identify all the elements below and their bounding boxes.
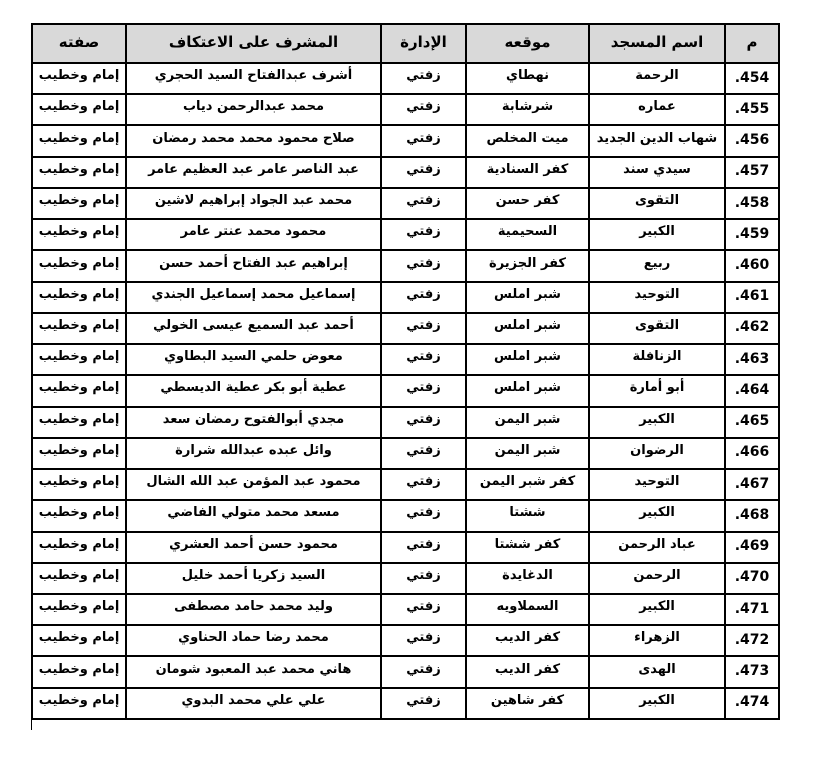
table-row: .461 التوحيد شبر املس زفتي إسماعيل محمد … xyxy=(32,282,779,313)
table-row: .455 عماره شرشابة زفتي محمد عبدالرحمن دي… xyxy=(32,94,779,125)
cell-role: إمام وخطيب xyxy=(32,532,126,563)
cell-supervisor: محمد رضا حماد الحناوي xyxy=(126,625,381,656)
table-row: .467 التوحيد كفر شبر اليمن زفتي محمود عب… xyxy=(32,469,779,500)
cell-admin: زفتي xyxy=(381,63,466,94)
cell-supervisor: عطية أبو بكر عطية الديسطي xyxy=(126,375,381,406)
cell-role: إمام وخطيب xyxy=(32,375,126,406)
cell-supervisor: أشرف عبدالفتاح السيد الحجري xyxy=(126,63,381,94)
cell-mosque-name: الكبير xyxy=(589,407,725,438)
cell-number: .465 xyxy=(725,407,779,438)
cell-location: كفر ششتا xyxy=(466,532,589,563)
cell-role: إمام وخطيب xyxy=(32,219,126,250)
cell-number: .462 xyxy=(725,313,779,344)
cell-number: .474 xyxy=(725,688,779,719)
table-row: .473 الهدى كفر الديب زفتي هاني محمد عبد … xyxy=(32,656,779,687)
cell-admin: زفتي xyxy=(381,250,466,281)
cell-number: .467 xyxy=(725,469,779,500)
cell-mosque-name: الرحمة xyxy=(589,63,725,94)
column-header-mosque: اسم المسجد xyxy=(589,24,725,63)
cell-role: إمام وخطيب xyxy=(32,125,126,156)
cell-role: إمام وخطيب xyxy=(32,594,126,625)
cell-supervisor: إبراهيم عبد الفتاح أحمد حسن xyxy=(126,250,381,281)
table-row: .460 ربيع كفر الجزيرة زفتي إبراهيم عبد ا… xyxy=(32,250,779,281)
table-row: .470 الرحمن الدغايدة زفتي السيد زكريا أح… xyxy=(32,563,779,594)
cell-location: نهطاي xyxy=(466,63,589,94)
cell-number: .455 xyxy=(725,94,779,125)
document-page: م اسم المسجد موقعه الإدارة المشرف على ال… xyxy=(0,0,839,769)
cell-mosque-name: الكبير xyxy=(589,688,725,719)
cell-role: إمام وخطيب xyxy=(32,188,126,219)
cell-number: .472 xyxy=(725,625,779,656)
column-header-admin: الإدارة xyxy=(381,24,466,63)
cell-role: إمام وخطيب xyxy=(32,688,126,719)
cell-supervisor: هاني محمد عبد المعبود شومان xyxy=(126,656,381,687)
column-header-number: م xyxy=(725,24,779,63)
cell-number: .460 xyxy=(725,250,779,281)
cell-mosque-name: التوحيد xyxy=(589,282,725,313)
cell-number: .469 xyxy=(725,532,779,563)
cell-supervisor: محمد عبدالرحمن دياب xyxy=(126,94,381,125)
cell-supervisor: محمود حسن أحمد العشري xyxy=(126,532,381,563)
cell-mosque-name: الزهراء xyxy=(589,625,725,656)
cell-supervisor: محمود عبد المؤمن عبد الله الشال xyxy=(126,469,381,500)
cell-admin: زفتي xyxy=(381,688,466,719)
cell-role: إمام وخطيب xyxy=(32,563,126,594)
cell-supervisor: وائل عبده عبدالله شرارة xyxy=(126,438,381,469)
cell-location: شبر املس xyxy=(466,375,589,406)
cell-role: إمام وخطيب xyxy=(32,625,126,656)
cell-supervisor: مجدي أبوالفتوح رمضان سعد xyxy=(126,407,381,438)
cell-location: كفر الديب xyxy=(466,656,589,687)
cell-mosque-name: سيدي سند xyxy=(589,157,725,188)
cell-role: إمام وخطيب xyxy=(32,469,126,500)
cell-admin: زفتي xyxy=(381,563,466,594)
cell-number: .471 xyxy=(725,594,779,625)
cell-admin: زفتي xyxy=(381,532,466,563)
cell-number: .459 xyxy=(725,219,779,250)
cell-supervisor: معوض حلمي السيد البطاوي xyxy=(126,344,381,375)
cell-role: إمام وخطيب xyxy=(32,500,126,531)
column-header-location: موقعه xyxy=(466,24,589,63)
cell-admin: زفتي xyxy=(381,94,466,125)
cell-supervisor: السيد زكريا أحمد خليل xyxy=(126,563,381,594)
cell-admin: زفتي xyxy=(381,625,466,656)
cell-mosque-name: شهاب الدين الجديد xyxy=(589,125,725,156)
cell-admin: زفتي xyxy=(381,656,466,687)
cell-role: إمام وخطيب xyxy=(32,157,126,188)
cell-location: ششتا xyxy=(466,500,589,531)
cell-admin: زفتي xyxy=(381,219,466,250)
cell-location: شبر اليمن xyxy=(466,438,589,469)
cell-mosque-name: الرضوان xyxy=(589,438,725,469)
table-body: .454 الرحمة نهطاي زفتي أشرف عبدالفتاح ال… xyxy=(32,63,779,719)
cell-number: .473 xyxy=(725,656,779,687)
cell-location: كفر حسن xyxy=(466,188,589,219)
table-row: .459 الكبير السحيمية زفتي محمود محمد عنت… xyxy=(32,219,779,250)
table-border-artifact xyxy=(31,718,32,730)
cell-location: كفر شاهين xyxy=(466,688,589,719)
table-row: .469 عباد الرحمن كفر ششتا زفتي محمود حسن… xyxy=(32,532,779,563)
cell-location: الدغايدة xyxy=(466,563,589,594)
cell-supervisor: إسماعيل محمد إسماعيل الجندي xyxy=(126,282,381,313)
cell-location: كفر الديب xyxy=(466,625,589,656)
cell-role: إمام وخطيب xyxy=(32,407,126,438)
cell-mosque-name: الهدى xyxy=(589,656,725,687)
cell-number: .457 xyxy=(725,157,779,188)
mosques-table: م اسم المسجد موقعه الإدارة المشرف على ال… xyxy=(31,23,780,720)
cell-role: إمام وخطيب xyxy=(32,94,126,125)
table-row: .468 الكبير ششتا زفتي مسعد محمد متولي ال… xyxy=(32,500,779,531)
cell-location: كفر الجزيرة xyxy=(466,250,589,281)
cell-admin: زفتي xyxy=(381,469,466,500)
cell-admin: زفتي xyxy=(381,125,466,156)
cell-mosque-name: التوحيد xyxy=(589,469,725,500)
cell-admin: زفتي xyxy=(381,282,466,313)
cell-role: إمام وخطيب xyxy=(32,438,126,469)
cell-role: إمام وخطيب xyxy=(32,250,126,281)
cell-number: .454 xyxy=(725,63,779,94)
cell-number: .464 xyxy=(725,375,779,406)
cell-role: إمام وخطيب xyxy=(32,344,126,375)
cell-admin: زفتي xyxy=(381,313,466,344)
cell-mosque-name: ربيع xyxy=(589,250,725,281)
cell-number: .463 xyxy=(725,344,779,375)
cell-supervisor: محمد عبد الجواد إبراهيم لاشين xyxy=(126,188,381,219)
cell-mosque-name: التقوى xyxy=(589,188,725,219)
column-header-supervisor: المشرف على الاعتكاف xyxy=(126,24,381,63)
cell-role: إمام وخطيب xyxy=(32,282,126,313)
table-row: .464 أبو أمارة شبر املس زفتي عطية أبو بك… xyxy=(32,375,779,406)
cell-mosque-name: الكبير xyxy=(589,500,725,531)
cell-location: السحيمية xyxy=(466,219,589,250)
table-row: .474 الكبير كفر شاهين زفتي علي علي محمد … xyxy=(32,688,779,719)
cell-mosque-name: أبو أمارة xyxy=(589,375,725,406)
cell-admin: زفتي xyxy=(381,500,466,531)
cell-admin: زفتي xyxy=(381,438,466,469)
cell-admin: زفتي xyxy=(381,188,466,219)
cell-supervisor: مسعد محمد متولي الفاضي xyxy=(126,500,381,531)
cell-admin: زفتي xyxy=(381,407,466,438)
column-header-role: صفته xyxy=(32,24,126,63)
table-row: .457 سيدي سند كفر السنادية زفتي عبد النا… xyxy=(32,157,779,188)
table-row: .456 شهاب الدين الجديد ميت المخلص زفتي ص… xyxy=(32,125,779,156)
cell-number: .458 xyxy=(725,188,779,219)
cell-admin: زفتي xyxy=(381,375,466,406)
cell-number: .468 xyxy=(725,500,779,531)
table-row: .458 التقوى كفر حسن زفتي محمد عبد الجواد… xyxy=(32,188,779,219)
cell-admin: زفتي xyxy=(381,157,466,188)
cell-admin: زفتي xyxy=(381,594,466,625)
cell-number: .456 xyxy=(725,125,779,156)
cell-number: .470 xyxy=(725,563,779,594)
cell-location: كفر السنادية xyxy=(466,157,589,188)
cell-number: .461 xyxy=(725,282,779,313)
cell-role: إمام وخطيب xyxy=(32,63,126,94)
cell-location: شبر اليمن xyxy=(466,407,589,438)
cell-mosque-name: عباد الرحمن xyxy=(589,532,725,563)
cell-number: .466 xyxy=(725,438,779,469)
cell-location: ميت المخلص xyxy=(466,125,589,156)
cell-mosque-name: الرحمن xyxy=(589,563,725,594)
cell-supervisor: وليد محمد حامد مصطفى xyxy=(126,594,381,625)
cell-supervisor: علي علي محمد البدوي xyxy=(126,688,381,719)
table-row: .472 الزهراء كفر الديب زفتي محمد رضا حما… xyxy=(32,625,779,656)
cell-location: شبر املس xyxy=(466,313,589,344)
cell-location: السملاويه xyxy=(466,594,589,625)
cell-supervisor: صلاح محمود محمد محمد رمضان xyxy=(126,125,381,156)
cell-supervisor: أحمد عبد السميع عيسى الخولي xyxy=(126,313,381,344)
cell-supervisor: عبد الناصر عامر عبد العظيم عامر xyxy=(126,157,381,188)
header-row: م اسم المسجد موقعه الإدارة المشرف على ال… xyxy=(32,24,779,63)
cell-mosque-name: عماره xyxy=(589,94,725,125)
cell-location: شرشابة xyxy=(466,94,589,125)
cell-admin: زفتي xyxy=(381,344,466,375)
cell-location: شبر املس xyxy=(466,282,589,313)
table-row: .465 الكبير شبر اليمن زفتي مجدي أبوالفتو… xyxy=(32,407,779,438)
cell-role: إمام وخطيب xyxy=(32,656,126,687)
cell-location: كفر شبر اليمن xyxy=(466,469,589,500)
table-row: .466 الرضوان شبر اليمن زفتي وائل عبده عب… xyxy=(32,438,779,469)
cell-location: شبر املس xyxy=(466,344,589,375)
cell-mosque-name: الكبير xyxy=(589,219,725,250)
table-row: .462 التقوى شبر املس زفتي أحمد عبد السمي… xyxy=(32,313,779,344)
table-row: .463 الزنافلة شبر املس زفتي معوض حلمي ال… xyxy=(32,344,779,375)
cell-role: إمام وخطيب xyxy=(32,313,126,344)
cell-mosque-name: الزنافلة xyxy=(589,344,725,375)
cell-supervisor: محمود محمد عنتر عامر xyxy=(126,219,381,250)
cell-mosque-name: الكبير xyxy=(589,594,725,625)
table-row: .454 الرحمة نهطاي زفتي أشرف عبدالفتاح ال… xyxy=(32,63,779,94)
table-row: .471 الكبير السملاويه زفتي وليد محمد حام… xyxy=(32,594,779,625)
cell-mosque-name: التقوى xyxy=(589,313,725,344)
